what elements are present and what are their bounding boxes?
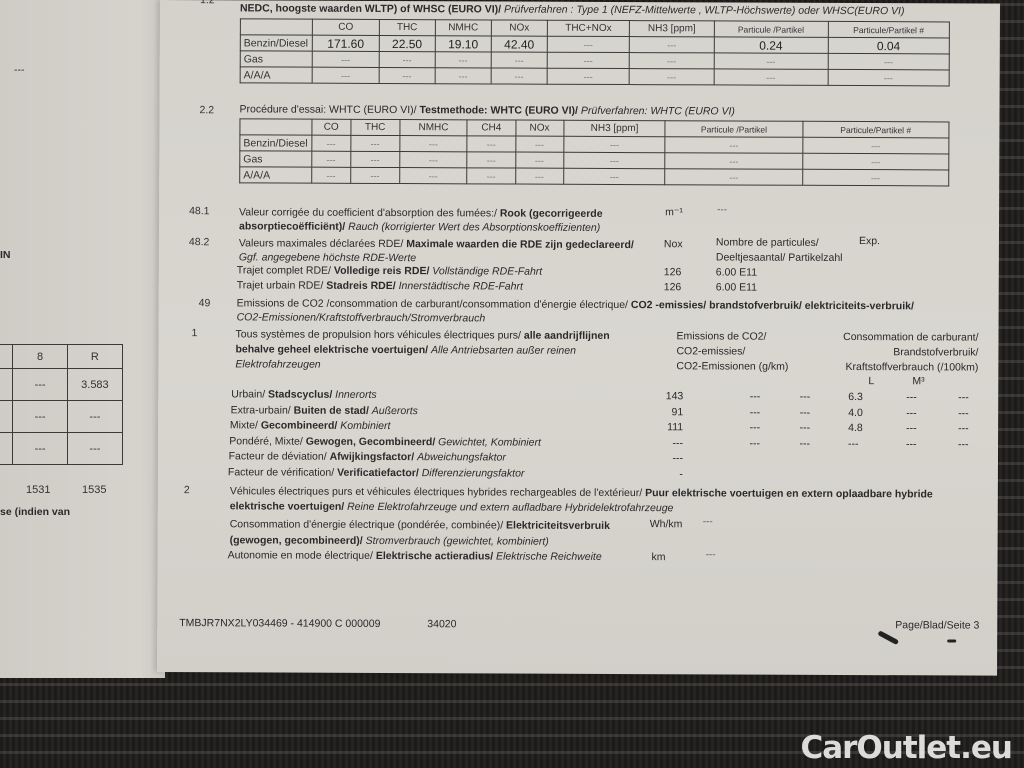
subsection-1-text: Tous systèmes de propulsion hors véhicul… xyxy=(235,327,609,374)
column-header: THC+NOx xyxy=(547,20,629,36)
table-cell: --- xyxy=(312,51,379,67)
table-cell: --- xyxy=(665,137,802,154)
table-cell: --- xyxy=(714,53,828,69)
table-cell: --- xyxy=(13,369,68,401)
co2-value: --- xyxy=(780,391,810,403)
table-cell: --- xyxy=(515,152,563,168)
rde-particles-value: 6.00 E11 xyxy=(716,281,757,293)
value-electric-range: --- xyxy=(706,549,716,560)
column-header: Particule /Partikel xyxy=(665,121,802,138)
table-cell: --- xyxy=(467,136,515,152)
table-cell: --- xyxy=(563,168,665,184)
document-page: 1.2 NEDC, hoogste waarden WLTP) of WHSC … xyxy=(157,0,1000,676)
table-cell: 3.583 xyxy=(67,369,122,401)
table-cell: --- xyxy=(467,168,515,184)
table-cell: --- xyxy=(467,152,515,168)
co2-value: - xyxy=(653,468,683,480)
consumption-row-label: Extra-urbain/ Buiten de stad/ Außerorts xyxy=(231,404,418,417)
table-cell: --- xyxy=(379,67,435,83)
section-1-2-title: NEDC, hoogste waarden WLTP) of WHSC (EUR… xyxy=(240,2,905,17)
subsection-number: 1 xyxy=(192,327,198,339)
co2-value: --- xyxy=(780,438,810,450)
table-cell xyxy=(0,401,13,433)
unit-m-1: m⁻¹ xyxy=(665,206,683,218)
subsection-number: 2 xyxy=(184,484,190,496)
co2-header: Emissions de CO2/ CO2-emissies/ CO2-Emis… xyxy=(676,329,788,374)
left-value-1: 1531 xyxy=(26,484,50,496)
co2-value: --- xyxy=(730,437,760,449)
table-cell: 19.10 xyxy=(435,36,491,52)
section-number: 48.1 xyxy=(189,205,209,217)
table-cell: --- xyxy=(547,68,629,84)
col-particles-2: Deeltjesaantal/ Partikelzahl xyxy=(716,251,843,264)
column-header: THC xyxy=(350,119,399,135)
left-fragment-in: IN xyxy=(0,249,11,261)
table-cell: --- xyxy=(563,152,665,168)
table-cell: 42.40 xyxy=(491,36,547,52)
table-cell: 171.60 xyxy=(312,35,379,51)
consumption-row-label: Urbain/ Stadscyclus/ Innerorts xyxy=(231,388,376,401)
column-header: CO xyxy=(312,19,379,35)
table-cell: 0.04 xyxy=(828,37,950,54)
table-cell: --- xyxy=(350,167,399,183)
table-cell: --- xyxy=(828,53,950,70)
unit-km: km xyxy=(652,551,666,563)
row-label: A/A/A xyxy=(240,167,312,183)
table-cell: 0.24 xyxy=(714,37,828,53)
column-header: THC xyxy=(379,19,435,35)
column-header: Particule/Partikel # xyxy=(803,121,949,138)
table-row: ---3.583 xyxy=(0,369,123,401)
table-row: A/A/A------------------------ xyxy=(240,67,949,86)
fuel-value: 4.8 xyxy=(848,422,863,434)
column-header xyxy=(240,119,312,135)
column-header: NOx xyxy=(491,20,547,36)
table-cell: --- xyxy=(379,51,435,67)
row-label: Benzin/Diesel xyxy=(240,135,312,151)
ink-mark xyxy=(877,630,899,645)
table-cell: --- xyxy=(67,401,122,433)
left-fragment-text: se (indien van xyxy=(0,506,70,518)
rde-nox-value: 126 xyxy=(664,266,682,278)
page-number: Page/Blad/Seite 3 xyxy=(895,619,979,631)
table-cell: --- xyxy=(400,136,468,152)
table-cell: --- xyxy=(802,137,948,154)
emissions-table-1-2: COTHCNMHCNOxTHC+NOxNH3 [ppm]Particule /P… xyxy=(240,18,950,86)
col-particles: Nombre de particules/ xyxy=(716,236,819,248)
column-header xyxy=(240,19,312,35)
left-dash: --- xyxy=(14,64,25,76)
table-cell: --- xyxy=(665,169,802,186)
table-cell: --- xyxy=(350,135,399,151)
co2-value: --- xyxy=(653,453,683,465)
column-header: NMHC xyxy=(435,20,491,36)
table-cell: --- xyxy=(312,151,351,167)
row-label: Benzin/Diesel xyxy=(240,35,312,51)
table-cell: --- xyxy=(547,36,629,52)
rde-nox-value: 126 xyxy=(664,281,682,293)
subsection-2-text: Véhicules électriques purs et véhicules … xyxy=(230,484,933,517)
table-cell: --- xyxy=(665,153,802,170)
table-cell: --- xyxy=(828,69,950,86)
fuel-value: --- xyxy=(958,423,969,435)
consumption-row-label: Mixte/ Gecombineerd/ Kombiniert xyxy=(230,419,391,432)
row-label: Gas xyxy=(240,151,312,167)
table-cell: --- xyxy=(802,169,948,186)
table-cell: --- xyxy=(491,52,547,68)
table-cell xyxy=(0,433,13,465)
table-cell: --- xyxy=(515,168,563,184)
section-48-1-text: Valeur corrigée du coefficient d'absorpt… xyxy=(239,205,603,235)
left-page: --- IN 8R---3.583------------ 1531 1535 … xyxy=(0,0,165,678)
section-48-2-text: Valeurs maximales déclarées RDE/ Maximal… xyxy=(239,236,634,266)
table-cell: 8 xyxy=(13,345,68,369)
row-label: A/A/A xyxy=(240,67,312,83)
section-2-2-title: Procédure d'essai: WHTC (EURO VI)/ Testm… xyxy=(239,103,734,117)
table-cell: --- xyxy=(13,433,68,465)
table-cell: --- xyxy=(350,151,399,167)
column-header: NMHC xyxy=(400,120,468,136)
fuel-value: --- xyxy=(906,407,917,419)
table-cell: --- xyxy=(312,167,351,183)
table-cell: --- xyxy=(400,152,468,168)
unit-wh-km: Wh/km xyxy=(650,518,683,530)
table-cell: --- xyxy=(400,168,468,184)
table-cell: --- xyxy=(435,52,491,68)
section-number: 2.2 xyxy=(199,104,214,116)
table-cell: --- xyxy=(629,69,714,85)
unit-liters: L xyxy=(868,375,874,387)
row-label: Gas xyxy=(240,51,312,67)
table-cell: --- xyxy=(312,135,351,151)
value-electric-consumption: --- xyxy=(703,516,713,527)
co2-value: 143 xyxy=(653,390,683,402)
fuel-value: --- xyxy=(958,407,969,419)
electric-consumption-text: Consommation d'énergie électrique (pondé… xyxy=(230,516,610,550)
column-header: Particule/Partikel # xyxy=(828,21,950,38)
emissions-table-2-2: COTHCNMHCCH4NOxNH3 [ppm]Particule /Parti… xyxy=(239,118,949,186)
electric-range-text: Autonomie en mode électrique/ Elektrisch… xyxy=(228,549,602,563)
table-row: A/A/A------------------------ xyxy=(240,167,949,186)
co2-value: --- xyxy=(780,422,810,434)
rde-particles-value: 6.00 E11 xyxy=(716,266,757,278)
section-number: 1.2 xyxy=(200,0,215,6)
table-cell: --- xyxy=(564,136,666,152)
left-value-2: 1535 xyxy=(82,484,106,496)
table-row: ------ xyxy=(0,433,123,465)
table-cell: R xyxy=(67,345,122,369)
table-cell: --- xyxy=(629,37,714,53)
consumption-row-label: Facteur de déviation/ Afwijkingsfactor/ … xyxy=(229,451,506,464)
unit-cubic-meters: M³ xyxy=(912,375,924,387)
fuel-header: Consommation de carburant/ Brandstofverb… xyxy=(828,330,978,376)
table-cell: 22.50 xyxy=(379,35,435,51)
co2-value: 91 xyxy=(653,406,683,418)
table-cell: --- xyxy=(435,68,491,84)
ink-mark xyxy=(947,639,956,642)
fuel-value: --- xyxy=(848,438,859,450)
table-cell: --- xyxy=(67,433,122,465)
table-cell: --- xyxy=(547,52,629,68)
table-cell xyxy=(0,345,13,369)
co2-value: --- xyxy=(730,422,760,434)
fuel-value: --- xyxy=(958,438,969,450)
rde-row-label: Trajet complet RDE/ Volledige reis RDE/ … xyxy=(237,264,542,277)
consumption-row-label: Pondéré, Mixte/ Gewogen, Gecombineerd/ G… xyxy=(229,435,541,448)
table-cell: --- xyxy=(515,136,563,152)
value-48-1: --- xyxy=(717,204,727,215)
table-cell: --- xyxy=(629,53,714,69)
co2-value: 111 xyxy=(653,421,683,433)
section-49-text: Emissions de CO2 /consommation de carbur… xyxy=(237,296,914,327)
table-cell xyxy=(0,369,13,401)
fuel-value: --- xyxy=(906,438,917,450)
section-number: 49 xyxy=(199,297,211,309)
fuel-value: 6.3 xyxy=(848,391,863,403)
table-cell: --- xyxy=(802,153,948,170)
table-cell: --- xyxy=(714,69,828,85)
doc-code: 34020 xyxy=(427,618,456,630)
table-cell: --- xyxy=(312,67,379,83)
table-cell: --- xyxy=(13,401,68,433)
co2-value: --- xyxy=(730,390,760,402)
consumption-row-label: Facteur de vérification/ Verificatiefact… xyxy=(228,466,525,479)
co2-value: --- xyxy=(730,406,760,418)
rde-row-label: Trajet urbain RDE/ Stadreis RDE/ Innerst… xyxy=(237,279,523,292)
fuel-value: --- xyxy=(906,422,917,434)
column-header: Particule /Partikel xyxy=(714,21,828,37)
fuel-value: 4.0 xyxy=(848,407,863,419)
co2-value: --- xyxy=(653,437,683,449)
col-nox: Nox xyxy=(664,238,683,250)
column-header: NH3 [ppm] xyxy=(630,21,715,37)
table-row: ------ xyxy=(0,401,123,433)
fuel-value: --- xyxy=(906,391,917,403)
section-number: 48.2 xyxy=(189,236,209,248)
column-header: NOx xyxy=(515,120,563,136)
watermark-logo: CarOutlet.eu xyxy=(800,730,1012,766)
column-header: CH4 xyxy=(467,120,515,136)
co2-value: --- xyxy=(780,406,810,418)
column-header: CO xyxy=(312,119,351,135)
vin-code: TMBJR7NX2LY034469 - 414900 C 000009 xyxy=(179,617,380,630)
table-cell: --- xyxy=(491,68,547,84)
fuel-value: --- xyxy=(958,391,969,403)
col-exp: Exp. xyxy=(859,235,880,247)
column-header: NH3 [ppm] xyxy=(564,120,666,136)
left-table: 8R---3.583------------ xyxy=(0,344,123,465)
